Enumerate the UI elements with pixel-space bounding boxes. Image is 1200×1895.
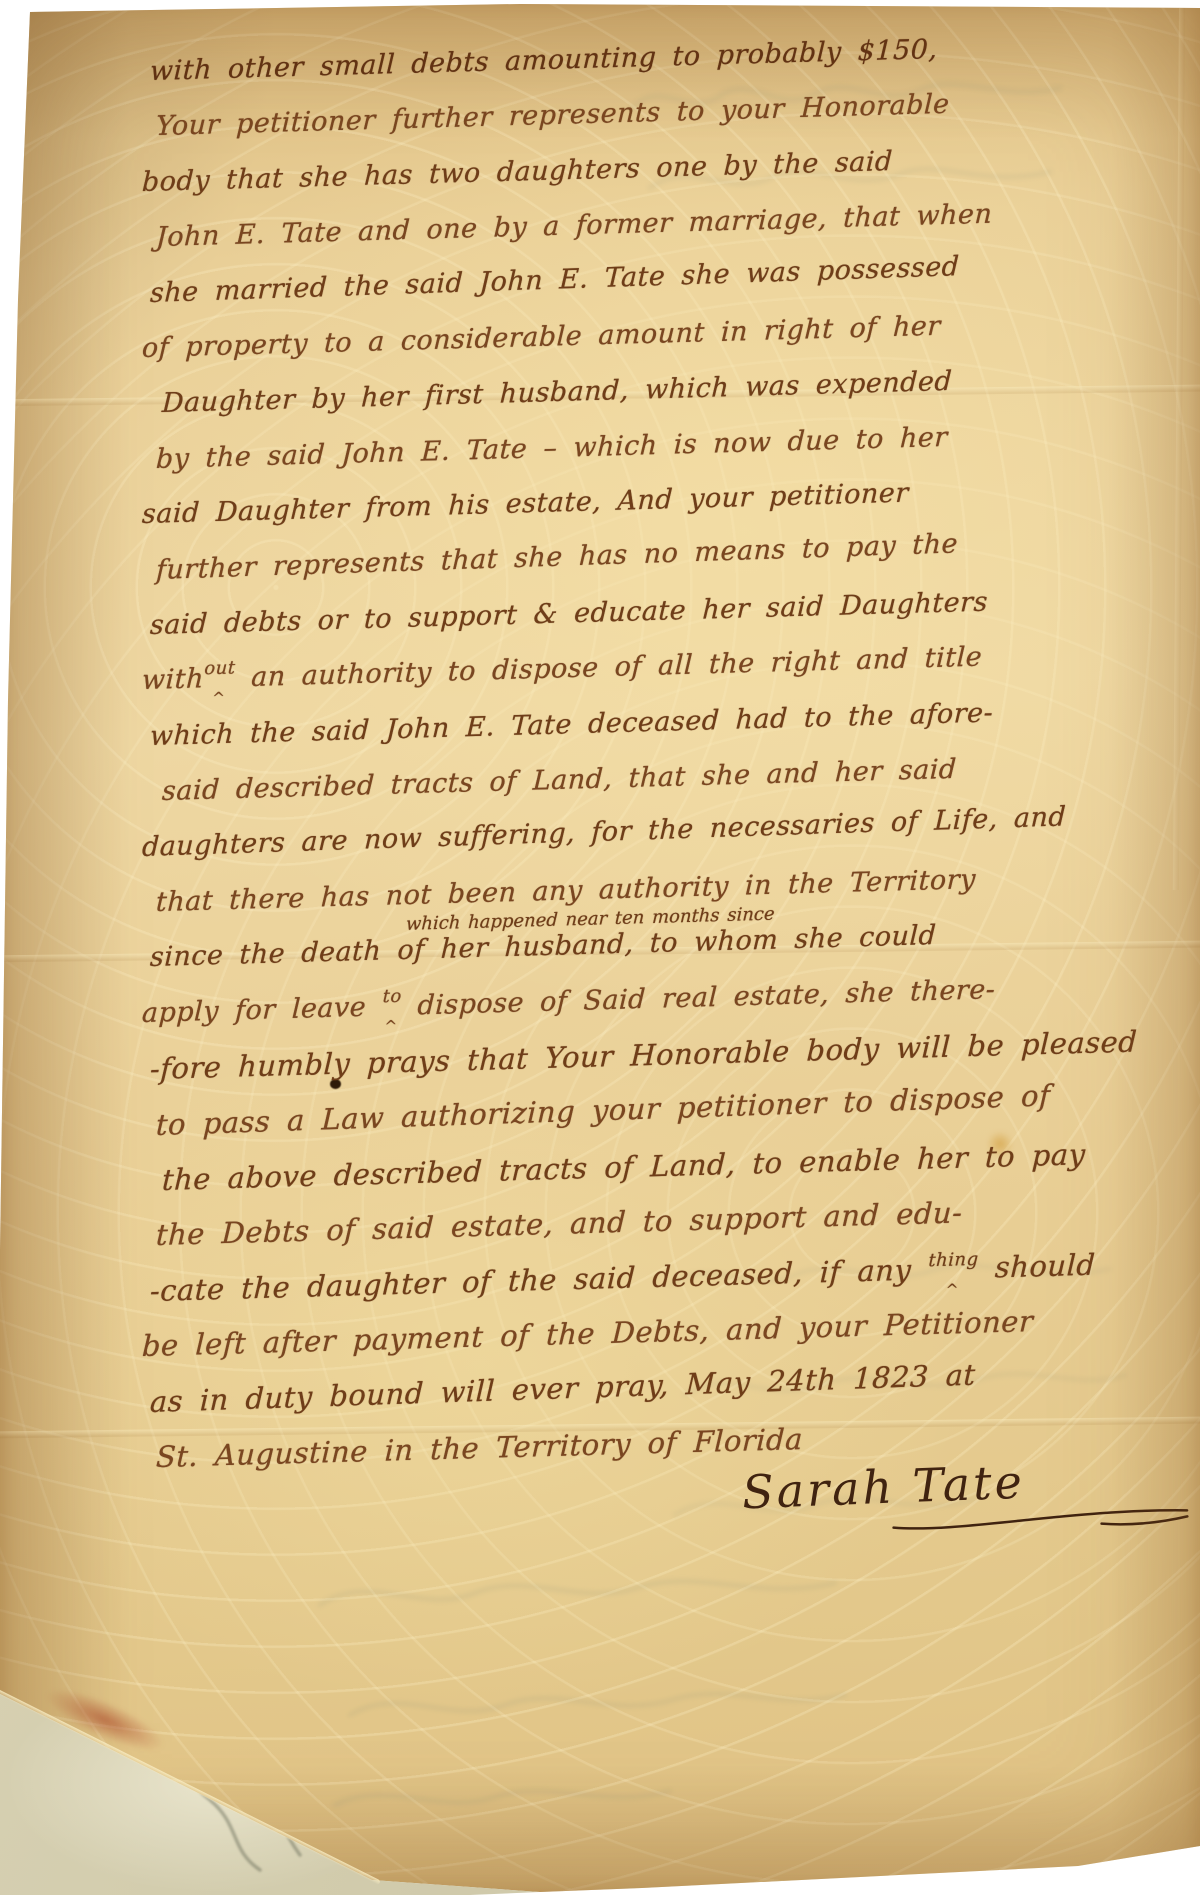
line-text: said Daughter from his estate, And your …	[141, 478, 909, 530]
manuscript-line: said described tracts of Land, that she …	[161, 756, 957, 805]
line-text: St. Augustine in the Territory of Florid…	[155, 1422, 803, 1474]
manuscript-line: by the said John E. Tate – which is now …	[155, 424, 948, 473]
line-text: the above described tracts of Land, to e…	[161, 1137, 1086, 1197]
manuscript-line: John E. Tate and one by a former marriag…	[155, 201, 992, 251]
manuscript-line: as in duty bound will ever pray, May 24t…	[149, 1360, 976, 1416]
manuscript-line: said Daughter from his estate, And your …	[141, 480, 909, 528]
manuscript-line: the Debts of said estate, and to support…	[155, 1199, 963, 1251]
caret-mark: ^	[212, 691, 226, 706]
line-text: to pass a Law authorizing your petitione…	[155, 1078, 1051, 1142]
line-text: Your petitioner further represents to yo…	[155, 89, 950, 142]
manuscript-line: which happened near ten months sincesinc…	[149, 922, 937, 971]
line-text: be left after payment of the Debts, and …	[141, 1304, 1034, 1363]
line-text: with other small debts amounting to prob…	[149, 34, 938, 87]
line-text: with	[141, 664, 204, 697]
manuscript-line: the above described tracts of Land, to e…	[161, 1140, 1086, 1195]
line-text: -fore humbly prays that Your Honorable b…	[149, 1025, 1138, 1087]
insertion-mark: ^thing	[927, 1254, 978, 1284]
line-text: Daughter by her first husband, which was…	[161, 366, 953, 419]
inserted-word: out	[204, 660, 236, 679]
line-text: an authority to dispose of all the right…	[234, 642, 982, 694]
manuscript-line: Daughter by her first husband, which was…	[161, 368, 952, 417]
manuscript-line: apply for leave ^to dispose of Said real…	[141, 976, 996, 1027]
line-text: daughters are now suffering, for the nec…	[141, 801, 1066, 863]
line-text: by the said John E. Tate – which is now …	[155, 422, 948, 475]
signature: Sarah Tate	[741, 1455, 1026, 1520]
manuscript-line: be left after payment of the Debts, and …	[141, 1307, 1034, 1361]
line-text: body that she has two daughters one by t…	[141, 146, 893, 198]
inserted-word: thing	[928, 1251, 979, 1270]
line-text: the Debts of said estate, and to support…	[155, 1196, 963, 1253]
line-text: John E. Tate and one by a former marriag…	[155, 199, 993, 253]
manuscript-line: daughters are now suffering, for the nec…	[142, 803, 1067, 861]
manuscript-line: of property to a considerable amount in …	[141, 313, 941, 362]
manuscript-line: with other small debts amounting to prob…	[149, 36, 938, 85]
insertion-mark: ^to	[382, 993, 402, 1021]
manuscript-line: body that she has two daughters one by t…	[141, 148, 893, 196]
manuscript-line: St. Augustine in the Territory of Florid…	[155, 1425, 803, 1472]
manuscript-line: -fore humbly prays that Your Honorable b…	[149, 1028, 1138, 1085]
line-text: said described tracts of Land, that she …	[161, 754, 957, 807]
caret-mark: ^	[384, 1019, 398, 1034]
manuscript-line: said debts or to support & educate her s…	[149, 589, 988, 639]
manuscript-line: further represents that she has no means…	[156, 530, 959, 584]
line-text: she married the said John E. Tate she wa…	[149, 251, 960, 309]
line-text: as in duty bound will ever pray, May 24t…	[149, 1357, 976, 1418]
line-text: of property to a considerable amount in …	[141, 311, 941, 364]
manuscript-line: with^out an authority to dispose of all …	[141, 644, 982, 695]
line-text: further represents that she has no means…	[155, 528, 958, 586]
manuscript-line: she married the said John E. Tate she wa…	[150, 253, 960, 307]
manuscript-line: -cate the daughter of the said deceased,…	[149, 1250, 1096, 1305]
manuscript-line: Your petitioner further represents to yo…	[155, 91, 950, 140]
document-page: with other small debts amounting to prob…	[0, 0, 1200, 1895]
line-text: said debts or to support & educate her s…	[149, 587, 988, 641]
inserted-word: to	[382, 988, 402, 1007]
petition-text: with other small debts amounting to prob…	[0, 0, 1200, 1895]
scan-background: with other small debts amounting to prob…	[0, 0, 1200, 1895]
manuscript-line: to pass a Law authorizing your petitione…	[155, 1081, 1050, 1140]
line-text: -cate the daughter of the said deceased,…	[149, 1252, 928, 1308]
insertion-mark: ^out	[203, 665, 235, 693]
line-text: dispose of Said real estate, she there-	[401, 974, 996, 1022]
line-text: which the said John E. Tate deceased had…	[149, 697, 994, 752]
manuscript-line: which the said John E. Tate deceased had…	[149, 699, 993, 750]
line-text: should	[978, 1247, 1097, 1284]
line-text: apply for leave	[141, 991, 383, 1029]
caret-mark: ^	[945, 1282, 959, 1297]
